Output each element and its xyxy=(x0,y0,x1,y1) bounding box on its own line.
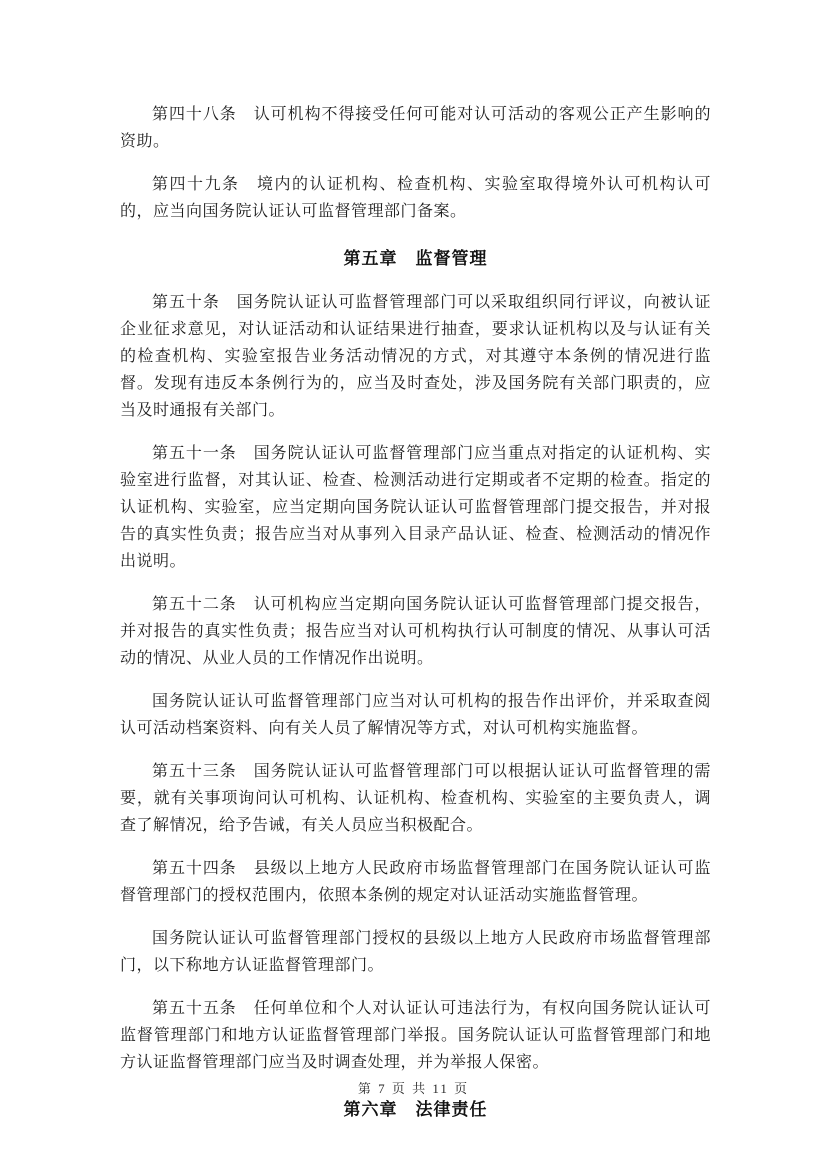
page-number-footer: 第 7 页 共 11 页 xyxy=(0,1080,827,1098)
article-53-paragraph: 第五十三条 国务院认证认可监督管理部门可以根据认证认可监督管理的需要，就有关事项… xyxy=(120,758,711,839)
article-52-paragraph: 第五十二条 认可机构应当定期向国务院认证认可监督管理部门提交报告，并对报告的真实… xyxy=(120,591,711,672)
article-48-paragraph: 第四十八条 认可机构不得接受任何可能对认可活动的客观公正产生影响的资助。 xyxy=(120,101,711,155)
chapter-6-heading: 第六章 法律责任 xyxy=(120,1096,711,1124)
article-51-paragraph: 第五十一条 国务院认证认可监督管理部门应当重点对指定的认证机构、实验室进行监督，… xyxy=(120,440,711,575)
article-54-paragraph: 第五十四条 县级以上地方人民政府市场监督管理部门在国务院认证认可监督管理部门的授… xyxy=(120,855,711,909)
document-body: 第四十八条 认可机构不得接受任何可能对认可活动的客观公正产生影响的资助。 第四十… xyxy=(120,101,711,1128)
article-49-paragraph: 第四十九条 境内的认证机构、检查机构、实验室取得境外认可机构认可的，应当向国务院… xyxy=(120,171,711,225)
document-page: 第四十八条 认可机构不得接受任何可能对认可活动的客观公正产生影响的资助。 第四十… xyxy=(0,0,827,1170)
article-52-continuation-paragraph: 国务院认证认可监督管理部门应当对认可机构的报告作出评价，并采取查阅认可活动档案资… xyxy=(120,688,711,742)
article-54-continuation-paragraph: 国务院认证认可监督管理部门授权的县级以上地方人民政府市场监督管理部门，以下称地方… xyxy=(120,925,711,979)
article-55-paragraph: 第五十五条 任何单位和个人对认证认可违法行为，有权向国务院认证认可监督管理部门和… xyxy=(120,995,711,1076)
article-50-paragraph: 第五十条 国务院认证认可监督管理部门可以采取组织同行评议，向被认证企业征求意见，… xyxy=(120,289,711,424)
chapter-5-heading: 第五章 监督管理 xyxy=(120,245,711,273)
